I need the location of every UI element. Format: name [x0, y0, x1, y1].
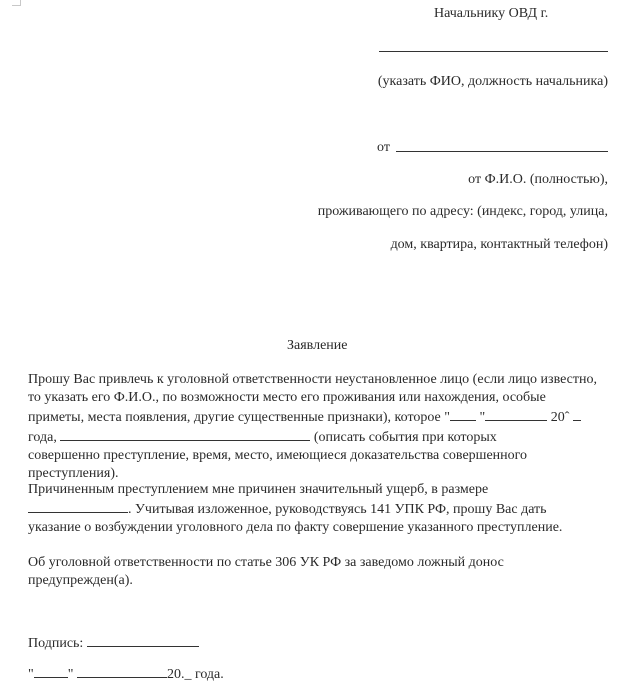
- paragraph-request-line4: года, (описать события при которых: [28, 427, 613, 447]
- page-corner-mark: [12, 0, 21, 6]
- date-close-quote: ": [68, 667, 74, 682]
- addressee-name-field[interactable]: [379, 51, 608, 52]
- paragraph-warning: Об уголовной ответственности по статье 3…: [28, 554, 613, 590]
- paragraph-damage-line3: указание о возбуждении уголовного дела п…: [28, 519, 613, 537]
- year-prefix: 20ˆ: [551, 410, 570, 425]
- paragraph-damage-line2: . Учитывая изложенное, руководствуясь 14…: [28, 499, 613, 519]
- month-blank[interactable]: [485, 407, 547, 421]
- paragraph-request-line1: Прошу Вас привлечь к уголовной ответстве…: [28, 371, 613, 389]
- signature-field[interactable]: [87, 633, 199, 647]
- address-hint-line1: проживающего по адресу: (индекс, город, …: [318, 203, 608, 221]
- year-suffix: года,: [28, 430, 57, 445]
- from-label: от: [377, 139, 390, 157]
- paragraph-request-line2: то указать его Ф.И.О., по возможности ме…: [28, 389, 613, 407]
- addressee-line: Начальнику ОВД г.: [434, 5, 548, 23]
- from-hint: от Ф.И.О. (полностью),: [468, 171, 608, 189]
- paragraph-damage: Причиненным преступлением мне причинен з…: [28, 481, 613, 537]
- date-day-field[interactable]: [34, 664, 68, 678]
- address-hint-line2: дом, квартира, контактный телефон): [391, 236, 608, 254]
- from-name-field[interactable]: [396, 151, 608, 152]
- paragraph-request-line5: совершенно преступление, время, место, и…: [28, 447, 613, 465]
- addressee-hint: (указать ФИО, должность начальника): [378, 73, 608, 91]
- damage-amount-blank[interactable]: [28, 499, 128, 513]
- date-month-field[interactable]: [77, 664, 167, 678]
- paragraph-warning-line1: Об уголовной ответственности по статье 3…: [28, 554, 613, 572]
- signature-label: Подпись:: [28, 636, 83, 651]
- day-blank[interactable]: [450, 407, 476, 421]
- paragraph-request-line3: приметы, места появления, другие существ…: [28, 407, 613, 427]
- event-blank[interactable]: [60, 427, 310, 441]
- date-suffix: года.: [195, 667, 224, 682]
- paragraph-request: Прошу Вас привлечь к уголовной ответстве…: [28, 371, 613, 483]
- signature-row: Подпись:: [28, 633, 199, 653]
- paragraph-warning-line2: предупрежден(а).: [28, 572, 613, 590]
- date-year: 20._: [167, 667, 192, 682]
- line3-text: приметы, места появления, другие существ…: [28, 410, 450, 425]
- paragraph-damage-line1: Причиненным преступлением мне причинен з…: [28, 481, 613, 499]
- document-title: Заявление: [287, 337, 348, 355]
- date-row: "" 20._ года.: [28, 664, 224, 684]
- year-blank[interactable]: [573, 407, 581, 421]
- damage-line2-text: . Учитывая изложенное, руководствуясь 14…: [128, 502, 547, 517]
- event-hint: (описать события при которых: [314, 430, 497, 445]
